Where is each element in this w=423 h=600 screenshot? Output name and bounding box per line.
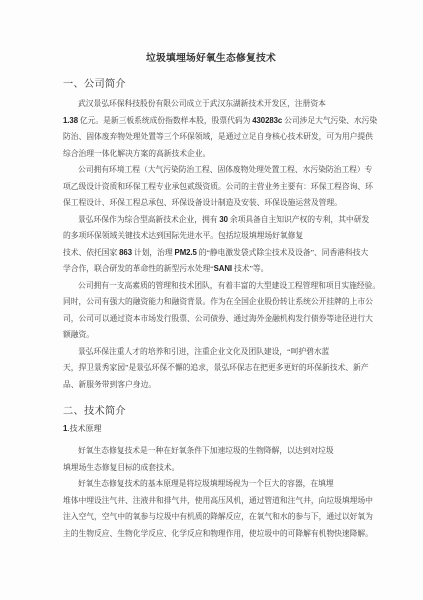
text-segment: 的“静电激发袋式除尘技术及设备”、同香港科技大 [197, 248, 368, 257]
text-line: 好氧生态修复技术是一种在好氧条件下加速垃圾的生物降解，以达到对垃圾 [63, 443, 379, 460]
paragraph-company-overview: 武汉景弘环保科技股份有限公司成立于武汉东湖新技术开发区，注册资本 1.38 亿元… [63, 96, 379, 162]
text-line: 的多项环保领域关键技术达到国际先进水平。包括垃圾填埋场好氧修复 [63, 228, 379, 245]
text-segment: 公司涉足大气污染、水污染 [282, 116, 377, 125]
text-line: 堆体中埋设注气井、注液井和排气井，使用高压风机，通过管道和注气井，向垃圾填埋场中 [63, 493, 379, 510]
bold-term: 1.38 [63, 116, 78, 125]
text-line: 填埋场生态修复目标的成套技术。 [63, 460, 379, 477]
text-line: 学合作，联合研发的革命性的新型污水处理“SANI 技术”等。 [63, 261, 379, 278]
text-line: 1.38 亿元。是新三板系统成份指数样本股，股票代码为 430283c 公司涉足… [63, 113, 379, 130]
bold-term: PM2.5 [175, 248, 197, 257]
text-segment: 计划，治理 [132, 248, 175, 257]
text-line: 品、新服务带到客户身边。 [63, 377, 379, 394]
paragraph-tech-definition: 好氧生态修复技术是一种在好氧条件下加速垃圾的生物降解，以达到对垃圾 填埋场生态修… [63, 443, 379, 476]
paragraph-culture: 景弘环保注重人才的培养和引进，注重企业文化及团队建设，“呵护碧水蓝 天，捍卫景秀… [63, 344, 379, 394]
text-line: 项乙级设计资质和环保工程专业承包贰级资质。公司的主营业务主要有：环保工程咨询、环 [63, 179, 379, 196]
text-line: 司，公司可以通过资本市场发行股票、公司债券、通过海外金融机构发行债券等途径进行大 [63, 311, 379, 328]
document-page: 垃圾填埋场好氧生态修复技术 一、公司简介 武汉景弘环保科技股份有限公司成立于武汉… [0, 0, 423, 600]
paragraph-qualifications: 公司拥有环境工程（大气污染防治工程、固体废物处理处置工程、水污染防治工程）专 项… [63, 162, 379, 212]
text-segment: 技术”等。 [232, 264, 268, 273]
bold-term: 30 [219, 215, 228, 224]
subsection-heading-principle: 1.技术原理 [63, 424, 379, 434]
text-line: 天，捍卫景秀家园”是景弘环保不懈的追求，景弘环保志在把更多更好的环保新技术、新产 [63, 360, 379, 377]
text-segment: 亿元。是新三板系统成份指数样本股，股票代码为 [78, 116, 252, 125]
text-segment: 学合作，联合研发的革命性的新型污水处理“ [63, 264, 214, 273]
section-heading-technology: 二、技术简介 [63, 405, 379, 418]
text-line: 防治、固体废弃物处理处置等三个环保领域，是通过立足自身核心技术研发，可为用户提供 [63, 129, 379, 146]
text-line: 同时，公司有强大的融资能力和融资背景。作为在全国企业股份转让系统公开挂牌的上市公 [63, 294, 379, 311]
text-line: 景弘环保作为综合型高新技术企业，拥有 30 余项具备自主知识产权的专利，其中研发 [63, 212, 379, 229]
doc-title: 垃圾填埋场好氧生态修复技术 [53, 53, 369, 65]
subsection-title: .技术原理 [67, 424, 101, 433]
paragraph-patents: 景弘环保作为综合型高新技术企业，拥有 30 余项具备自主知识产权的专利，其中研发… [63, 212, 379, 278]
bold-term: 863 [119, 248, 132, 257]
text-line: 主的生物反应、生物化学反应、化学反应和物理作用，使垃圾中的可降解有机物快速降解。 [63, 526, 379, 543]
text-line: 公司拥有一支高素质的管理和技术团队，有着丰富的大型建设工程管理和项目实施经验。 [63, 278, 379, 295]
paragraph-tech-principle: 好氧生态修复技术的基本原理是将垃圾填埋场视为一个巨大的容器，在填埋 堆体中埋设注… [63, 476, 379, 542]
text-line: 武汉景弘环保科技股份有限公司成立于武汉东湖新技术开发区，注册资本 [63, 96, 379, 113]
paragraph-team-financing: 公司拥有一支高素质的管理和技术团队，有着丰富的大型建设工程管理和项目实施经验。 … [63, 278, 379, 344]
text-line: 注入空气，空气中的氧参与垃圾中有机质的降解反应，在氧气和水的参与下，通过以好氧为 [63, 509, 379, 526]
text-segment: 景弘环保作为综合型高新技术企业，拥有 [78, 215, 219, 224]
section-heading-company: 一、公司简介 [63, 78, 379, 91]
text-line: 好氧生态修复技术的基本原理是将垃圾填埋场视为一个巨大的容器，在填埋 [63, 476, 379, 493]
text-line: 保工程设计、环保工程总承包、环保设备设计制造及安装、环保设施运营及管理。 [63, 195, 379, 212]
text-line: 技术、依托国家 863 计划，治理 PM2.5 的“静电激发袋式除尘技术及设备”… [63, 245, 379, 262]
text-line: 额融资。 [63, 327, 379, 344]
text-segment: 余项具备自主知识产权的专利，其中研发 [228, 215, 369, 224]
text-segment: 技术、依托国家 [63, 248, 119, 257]
bold-term: 430283c [252, 116, 282, 125]
bold-term: SANI [214, 264, 232, 273]
text-line: 景弘环保注重人才的培养和引进，注重企业文化及团队建设，“呵护碧水蓝 [63, 344, 379, 361]
text-line: 公司拥有环境工程（大气污染防治工程、固体废物处理处置工程、水污染防治工程）专 [63, 162, 379, 179]
text-line: 综合治理一体化解决方案的高新技术企业。 [63, 146, 379, 163]
